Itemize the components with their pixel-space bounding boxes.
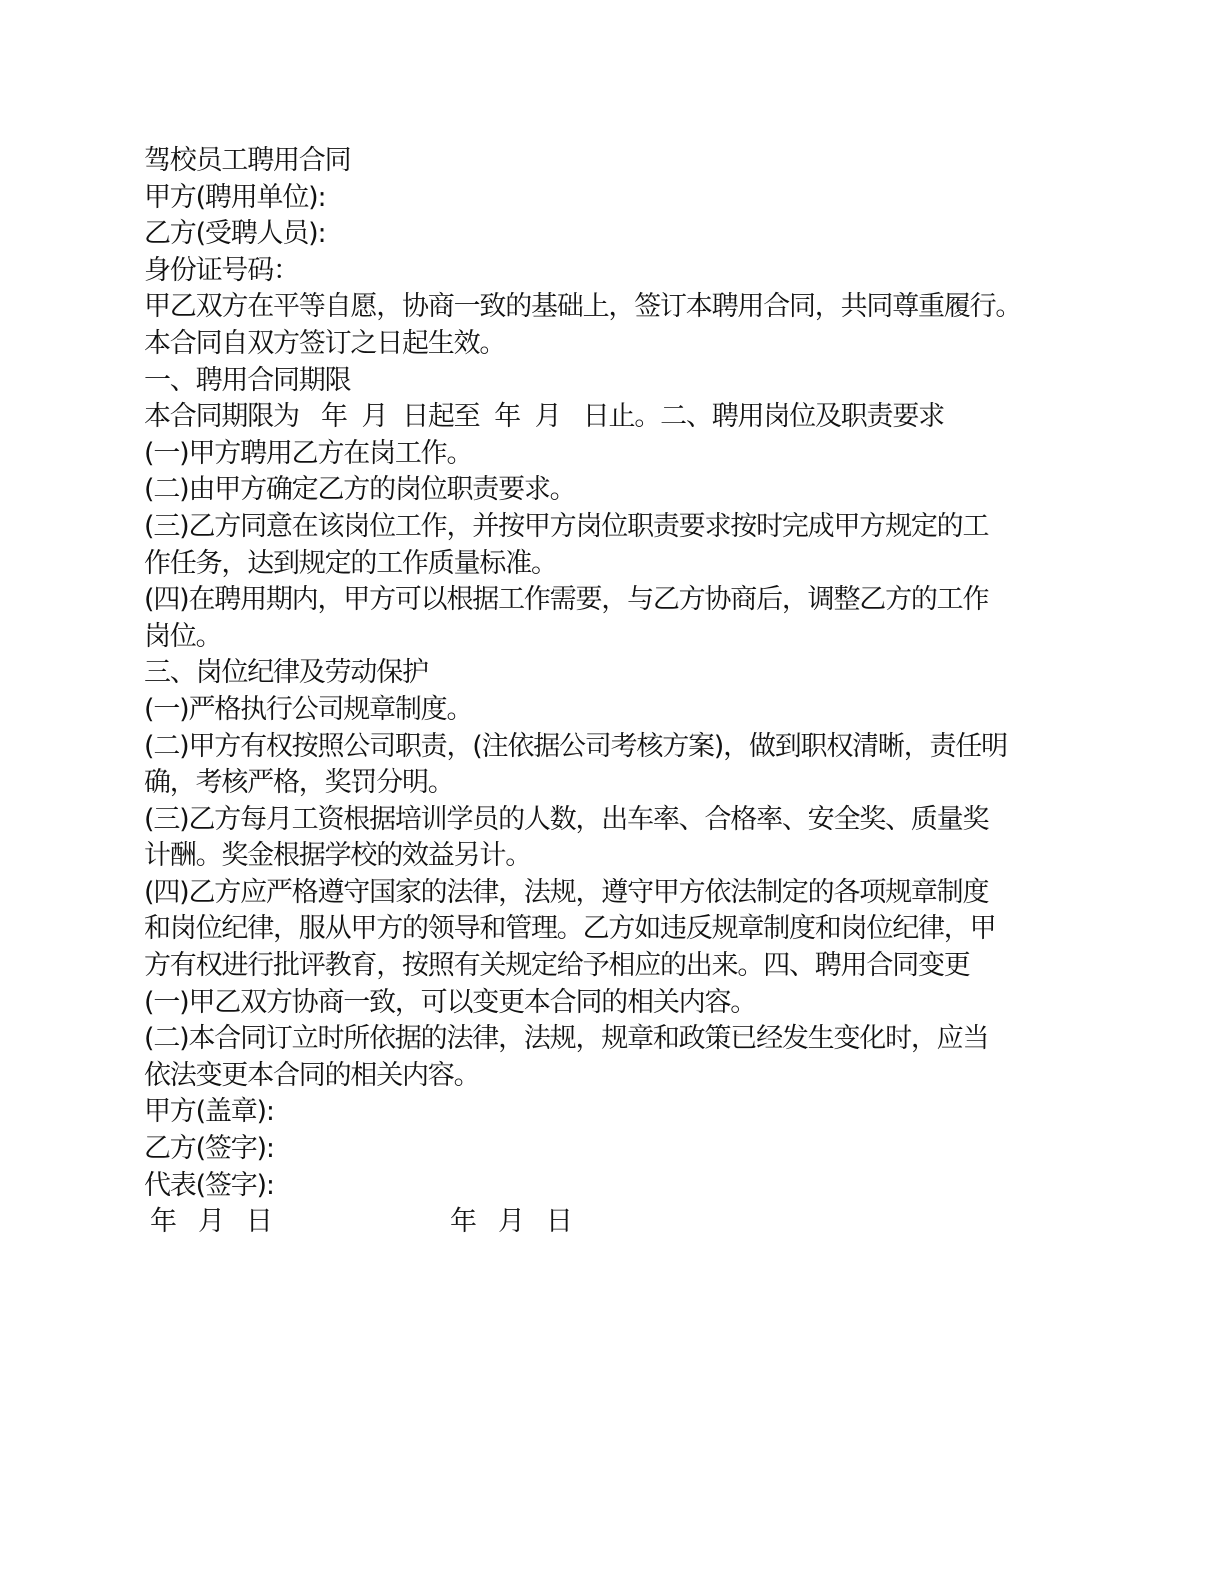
intro-line: 甲乙双方在平等自愿，协商一致的基础上，签订本聘用合同，共同尊重履行。	[144, 289, 1084, 326]
party-b-label: 乙方(受聘人员):	[144, 216, 1084, 253]
section-heading: 三、岗位纪律及劳动保护	[144, 655, 1084, 692]
representative-signature-label: 代表(签字):	[144, 1168, 1084, 1205]
paragraph-line: 计酬。奖金根据学校的效益另计。	[144, 838, 1084, 875]
intro-line: 本合同自双方签订之日起生效。	[144, 326, 1084, 363]
party-a-label: 甲方(聘用单位):	[144, 180, 1084, 217]
paragraph-line: (四)在聘用期内，甲方可以根据工作需要，与乙方协商后，调整乙方的工作	[144, 582, 1084, 619]
paragraph-line: 确，考核严格，奖罚分明。	[144, 765, 1084, 802]
paragraph-line: 方有权进行批评教育，按照有关规定给予相应的出来。四、聘用合同变更	[144, 948, 1084, 985]
paragraph-line: 和岗位纪律，服从甲方的领导和管理。乙方如违反规章制度和岗位纪律，甲	[144, 911, 1084, 948]
paragraph-line: (三)乙方同意在该岗位工作，并按甲方岗位职责要求按时完成甲方规定的工	[144, 509, 1084, 546]
paragraph-line: (三)乙方每月工资根据培训学员的人数，出车率、合格率、安全奖、质量奖	[144, 802, 1084, 839]
paragraph-line: (一)严格执行公司规章制度。	[144, 692, 1084, 729]
paragraph-line: 本合同期限为 年 月 日起至 年 月 日止。二、聘用岗位及职责要求	[144, 399, 1084, 436]
paragraph-line: 岗位。	[144, 619, 1084, 656]
date-right: 年 月 日	[450, 1204, 572, 1241]
party-b-signature-label: 乙方(签字):	[144, 1131, 1084, 1168]
document-title: 驾校员工聘用合同	[144, 143, 1084, 180]
id-number-label: 身份证号码：	[144, 253, 1084, 290]
paragraph-line: (二)甲方有权按照公司职责，(注依据公司考核方案)，做到职权清晰，责任明	[144, 729, 1084, 766]
party-a-seal-label: 甲方(盖章):	[144, 1094, 1084, 1131]
signature-date-row: 年 月 日 年 月 日	[144, 1204, 1084, 1241]
paragraph-line: (四)乙方应严格遵守国家的法律，法规，遵守甲方依法制定的各项规章制度	[144, 875, 1084, 912]
paragraph-line: (二)由甲方确定乙方的岗位职责要求。	[144, 472, 1084, 509]
paragraph-line: (一)甲方聘用乙方在岗工作。	[144, 436, 1084, 473]
section-heading: 一、聘用合同期限	[144, 363, 1084, 400]
paragraph-line: (二)本合同订立时所依据的法律，法规，规章和政策已经发生变化时，应当	[144, 1021, 1084, 1058]
contract-document: 驾校员工聘用合同 甲方(聘用单位): 乙方(受聘人员): 身份证号码： 甲乙双方…	[144, 143, 1084, 1241]
paragraph-line: 作任务，达到规定的工作质量标准。	[144, 546, 1084, 583]
date-left: 年 月 日	[144, 1204, 450, 1241]
paragraph-line: 依法变更本合同的相关内容。	[144, 1058, 1084, 1095]
paragraph-line: (一)甲乙双方协商一致，可以变更本合同的相关内容。	[144, 985, 1084, 1022]
